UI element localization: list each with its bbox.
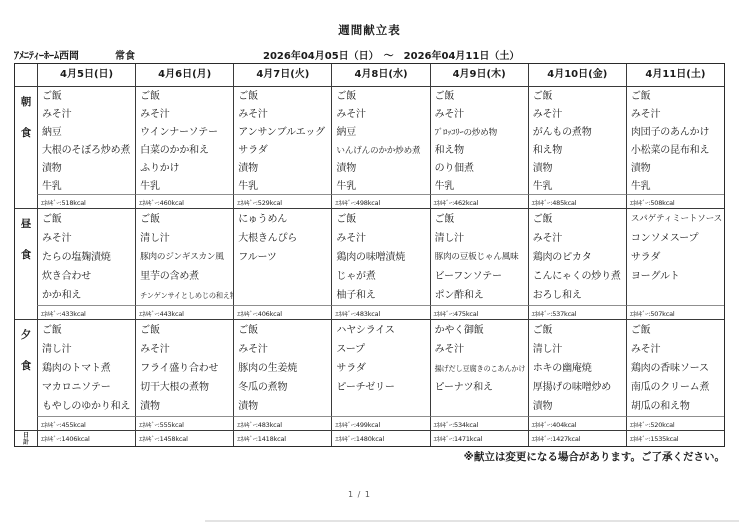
energy-total-dinner: ｴﾈﾙｷﾞｰ:499kcal (331, 416, 429, 430)
menu-item: みそ汁 (627, 106, 724, 124)
energy-total-breakfast: ｴﾈﾙｷﾞｰ:485kcal (528, 194, 626, 208)
daily-total: ｴﾈﾙｷﾞｰ:1471kcal (430, 430, 528, 446)
menu-item: ご飯 (234, 88, 331, 106)
menu-item: 揚げだし豆腐きのこあんかけ (431, 359, 528, 378)
menu-item: みそ汁 (38, 106, 135, 124)
menu-item: 牛乳 (234, 178, 331, 194)
menu-item: 牛乳 (136, 178, 233, 194)
daily-total: ｴﾈﾙｷﾞｰ:1418kcal (233, 430, 331, 446)
menu-item: 白菜のかか和え (136, 142, 233, 160)
menu-item: みそ汁 (332, 106, 429, 124)
menu-item: 大根のそぼろ炒め煮 (38, 142, 135, 160)
menu-item: のり佃煮 (431, 160, 528, 178)
menu-item: 清し汁 (38, 340, 135, 359)
menu-item: みそ汁 (136, 106, 233, 124)
daily-total: ｴﾈﾙｷﾞｰ:1458kcal (135, 430, 233, 446)
menu-item: ご飯 (627, 321, 724, 340)
energy-total-breakfast: ｴﾈﾙｷﾞｰ:462kcal (430, 194, 528, 208)
menu-item: じゃが煮 (332, 267, 429, 286)
menu-cell-dinner: ご飯みそ汁豚肉の生姜焼冬瓜の煮物漬物 (233, 319, 331, 416)
menu-cell-lunch: ご飯清し汁豚肉のジンギスカン風里芋の含め煮チンゲンサイとしめじの和え物 (135, 208, 233, 305)
daily-total-label: 日計 (15, 430, 37, 446)
menu-cell-breakfast: ご飯みそ汁納豆大根のそぼろ炒め煮漬物牛乳 (37, 86, 135, 194)
menu-item: ご飯 (529, 210, 626, 229)
energy-total-lunch: ｴﾈﾙｷﾞｰ:443kcal (135, 305, 233, 319)
menu-item: かか和え (38, 286, 135, 305)
menu-item: こんにゃくの炒り煮 (529, 267, 626, 286)
menu-cell-dinner: ご飯みそ汁鶏肉の香味ソース南瓜のクリーム煮胡瓜の和え物 (626, 319, 724, 416)
menu-item: ご飯 (627, 88, 724, 106)
menu-cell-dinner: かやく御飯みそ汁揚げだし豆腐きのこあんかけピーナツ和え (430, 319, 528, 416)
menu-item: 鶏肉のトマト煮 (38, 359, 135, 378)
menu-item: 漬物 (332, 160, 429, 178)
menu-item: 豚肉の生姜焼 (234, 359, 331, 378)
meal-label-char: 朝 (21, 94, 32, 109)
menu-item: ふりかけ (136, 160, 233, 178)
menu-item: 漬物 (529, 160, 626, 178)
menu-item: 漬物 (136, 397, 233, 416)
footnote: ※献立は変更になる場合があります。ご了承ください。 (464, 449, 725, 464)
menu-item: 南瓜のクリーム煮 (627, 378, 724, 397)
menu-item: ハヤシライス (332, 321, 429, 340)
menu-item: 鶏肉の味噌漬焼 (332, 248, 429, 267)
menu-item: みそ汁 (234, 340, 331, 359)
energy-total-dinner: ｴﾈﾙｷﾞｰ:455kcal (37, 416, 135, 430)
energy-total-lunch: ｴﾈﾙｷﾞｰ:433kcal (37, 305, 135, 319)
energy-total-breakfast: ｴﾈﾙｷﾞｰ:460kcal (135, 194, 233, 208)
menu-item: みそ汁 (529, 106, 626, 124)
menu-cell-lunch: ご飯みそ汁鶏肉のピカタこんにゃくの炒り煮おろし和え (528, 208, 626, 305)
menu-item: もやしのゆかり和え (38, 397, 135, 416)
meal-label-lunch: 昼食 (15, 208, 37, 319)
menu-item: かやく御飯 (431, 321, 528, 340)
energy-total-breakfast: ｴﾈﾙｷﾞｰ:518kcal (37, 194, 135, 208)
meal-label-char: 昼 (21, 216, 32, 231)
date-header: 4月6日(月) (135, 64, 233, 86)
menu-cell-lunch: ご飯みそ汁たらの塩麹漬焼炊き合わせかか和え (37, 208, 135, 305)
menu-item: みそ汁 (431, 106, 528, 124)
menu-item: コンソメスープ (627, 229, 724, 248)
menu-item: みそ汁 (431, 340, 528, 359)
menu-item: 豚肉の豆板じゃん風味 (431, 248, 528, 267)
menu-cell-breakfast: ご飯みそ汁肉団子のあんかけ小松菜の昆布和え漬物牛乳 (626, 86, 724, 194)
menu-item: 和え物 (431, 142, 528, 160)
daily-total: ｴﾈﾙｷﾞｰ:1480kcal (331, 430, 429, 446)
energy-total-breakfast: ｴﾈﾙｷﾞｰ:508kcal (626, 194, 724, 208)
menu-cell-breakfast: ご飯みそ汁ウインナーソテー白菜のかか和えふりかけ牛乳 (135, 86, 233, 194)
date-header: 4月9日(木) (430, 64, 528, 86)
menu-item: みそ汁 (38, 229, 135, 248)
menu-item: 漬物 (627, 160, 724, 178)
energy-total-lunch: ｴﾈﾙｷﾞｰ:406kcal (233, 305, 331, 319)
menu-item: 胡瓜の和え物 (627, 397, 724, 416)
menu-item: ビーフンソテー (431, 267, 528, 286)
menu-item: フライ盛り合わせ (136, 359, 233, 378)
meal-type: 常食 (115, 47, 135, 62)
menu-item: みそ汁 (627, 340, 724, 359)
menu-item: 大根きんぴら (234, 229, 331, 248)
menu-item: フルーツ (234, 248, 331, 267)
menu-item: 漬物 (234, 160, 331, 178)
menu-item: ご飯 (38, 88, 135, 106)
energy-total-dinner: ｴﾈﾙｷﾞｰ:483kcal (233, 416, 331, 430)
menu-item: ご飯 (332, 210, 429, 229)
menu-item: ピーナツ和え (431, 378, 528, 397)
menu-item: みそ汁 (234, 106, 331, 124)
menu-item: ピーチゼリー (332, 378, 429, 397)
menu-item: 小松菜の昆布和え (627, 142, 724, 160)
menu-item: アンサンブルエッグ (234, 124, 331, 142)
menu-item: ご飯 (38, 210, 135, 229)
table-corner (15, 64, 37, 86)
page-title: 週間献立表 (0, 22, 739, 38)
menu-item: ﾌﾞﾛｯｺﾘｰの炒め物 (431, 124, 528, 142)
menu-item: サラダ (332, 359, 429, 378)
menu-item: ホキの幽庵焼 (529, 359, 626, 378)
meal-label-char: 食 (21, 358, 32, 373)
menu-item: 和え物 (529, 142, 626, 160)
menu-item: サラダ (234, 142, 331, 160)
meal-label-char: 夕 (21, 327, 32, 342)
menu-item: ご飯 (529, 321, 626, 340)
menu-item: 冬瓜の煮物 (234, 378, 331, 397)
menu-item: ご飯 (431, 88, 528, 106)
meal-label-char: 計 (23, 439, 29, 446)
menu-item: 納豆 (38, 124, 135, 142)
menu-item: 清し汁 (529, 340, 626, 359)
menu-item: 漬物 (38, 160, 135, 178)
menu-item: 納豆 (332, 124, 429, 142)
menu-item: 牛乳 (627, 178, 724, 194)
menu-cell-breakfast: ご飯みそ汁ﾌﾞﾛｯｺﾘｰの炒め物和え物のり佃煮牛乳 (430, 86, 528, 194)
menu-item: ヨーグルト (627, 267, 724, 286)
energy-total-dinner: ｴﾈﾙｷﾞｰ:534kcal (430, 416, 528, 430)
daily-total: ｴﾈﾙｷﾞｰ:1406kcal (37, 430, 135, 446)
menu-item: 牛乳 (332, 178, 429, 194)
menu-item: 肉団子のあんかけ (627, 124, 724, 142)
menu-item: ご飯 (234, 321, 331, 340)
menu-item: スープ (332, 340, 429, 359)
menu-item: がんもの煮物 (529, 124, 626, 142)
menu-cell-dinner: ご飯みそ汁フライ盛り合わせ切干大根の煮物漬物 (135, 319, 233, 416)
date-header: 4月11日(土) (626, 64, 724, 86)
daily-total: ｴﾈﾙｷﾞｰ:1427kcal (528, 430, 626, 446)
menu-item: ご飯 (332, 88, 429, 106)
menu-item: マカロニソテー (38, 378, 135, 397)
menu-item: ご飯 (136, 321, 233, 340)
menu-cell-breakfast: ご飯みそ汁アンサンブルエッグサラダ漬物牛乳 (233, 86, 331, 194)
menu-item: ご飯 (431, 210, 528, 229)
menu-item: 漬物 (234, 397, 331, 416)
menu-table: 4月5日(日)4月6日(月)4月7日(火)4月8日(水)4月9日(木)4月10日… (14, 63, 725, 447)
menu-item: 鶏肉の香味ソース (627, 359, 724, 378)
menu-item: サラダ (627, 248, 724, 267)
menu-item: みそ汁 (136, 340, 233, 359)
menu-item: ご飯 (136, 210, 233, 229)
menu-item: 清し汁 (136, 229, 233, 248)
menu-item: ポン酢和え (431, 286, 528, 305)
menu-item: 牛乳 (529, 178, 626, 194)
menu-item: 炊き合わせ (38, 267, 135, 286)
daily-total: ｴﾈﾙｷﾞｰ:1535kcal (626, 430, 724, 446)
energy-total-dinner: ｴﾈﾙｷﾞｰ:520kcal (626, 416, 724, 430)
date-header: 4月8日(水) (331, 64, 429, 86)
menu-cell-dinner: ハヤシライススープサラダピーチゼリー (331, 319, 429, 416)
meal-label-char: 日 (23, 432, 29, 439)
meal-label-breakfast: 朝食 (15, 86, 37, 208)
menu-item: 鶏肉のピカタ (529, 248, 626, 267)
menu-item: にゅうめん (234, 210, 331, 229)
menu-item: いんげんのかか炒め煮 (332, 142, 429, 160)
facility-name: ｱﾒﾆﾃｨｰﾎｰﾑ西岡 (14, 47, 79, 62)
energy-total-lunch: ｴﾈﾙｷﾞｰ:483kcal (331, 305, 429, 319)
meal-label-char: 食 (21, 247, 32, 262)
menu-item: 漬物 (529, 397, 626, 416)
energy-total-breakfast: ｴﾈﾙｷﾞｰ:529kcal (233, 194, 331, 208)
date-header: 4月7日(火) (233, 64, 331, 86)
menu-item: みそ汁 (529, 229, 626, 248)
menu-cell-lunch: にゅうめん大根きんぴらフルーツ (233, 208, 331, 305)
energy-total-lunch: ｴﾈﾙｷﾞｰ:507kcal (626, 305, 724, 319)
energy-total-dinner: ｴﾈﾙｷﾞｰ:555kcal (135, 416, 233, 430)
menu-item: チンゲンサイとしめじの和え物 (136, 286, 233, 305)
menu-cell-dinner: ご飯清し汁鶏肉のトマト煮マカロニソテーもやしのゆかり和え (37, 319, 135, 416)
menu-cell-dinner: ご飯清し汁ホキの幽庵焼厚揚げの味噌炒め漬物 (528, 319, 626, 416)
menu-cell-lunch: スパゲティミートソースコンソメスープサラダヨーグルト (626, 208, 724, 305)
menu-cell-lunch: ご飯みそ汁鶏肉の味噌漬焼じゃが煮柚子和え (331, 208, 429, 305)
menu-item: 清し汁 (431, 229, 528, 248)
menu-item: おろし和え (529, 286, 626, 305)
date-range: 2026年04月05日（日） ～ 2026年04月11日（土） (263, 47, 519, 62)
menu-item: ご飯 (38, 321, 135, 340)
date-header: 4月5日(日) (37, 64, 135, 86)
menu-item: ウインナーソテー (136, 124, 233, 142)
menu-item: ご飯 (529, 88, 626, 106)
page-number: 1 / 1 (348, 490, 371, 499)
menu-item: 牛乳 (431, 178, 528, 194)
menu-item: 厚揚げの味噌炒め (529, 378, 626, 397)
menu-item: 柚子和え (332, 286, 429, 305)
menu-item: 豚肉のジンギスカン風 (136, 248, 233, 267)
energy-total-lunch: ｴﾈﾙｷﾞｰ:537kcal (528, 305, 626, 319)
menu-cell-breakfast: ご飯みそ汁納豆いんげんのかか炒め煮漬物牛乳 (331, 86, 429, 194)
menu-item: スパゲティミートソース (627, 210, 724, 229)
date-header: 4月10日(金) (528, 64, 626, 86)
menu-sheet: 週間献立表 ｱﾒﾆﾃｨｰﾎｰﾑ西岡 常食 2026年04月05日（日） ～ 20… (0, 0, 739, 522)
meal-label-char: 食 (21, 125, 32, 140)
menu-item: 里芋の含め煮 (136, 267, 233, 286)
menu-item: ご飯 (136, 88, 233, 106)
menu-item: たらの塩麹漬焼 (38, 248, 135, 267)
menu-cell-lunch: ご飯清し汁豚肉の豆板じゃん風味ビーフンソテーポン酢和え (430, 208, 528, 305)
menu-item: 牛乳 (38, 178, 135, 194)
menu-cell-breakfast: ご飯みそ汁がんもの煮物和え物漬物牛乳 (528, 86, 626, 194)
menu-item: 切干大根の煮物 (136, 378, 233, 397)
menu-item: みそ汁 (332, 229, 429, 248)
energy-total-lunch: ｴﾈﾙｷﾞｰ:475kcal (430, 305, 528, 319)
energy-total-dinner: ｴﾈﾙｷﾞｰ:404kcal (528, 416, 626, 430)
energy-total-breakfast: ｴﾈﾙｷﾞｰ:498kcal (331, 194, 429, 208)
meal-label-dinner: 夕食 (15, 319, 37, 430)
